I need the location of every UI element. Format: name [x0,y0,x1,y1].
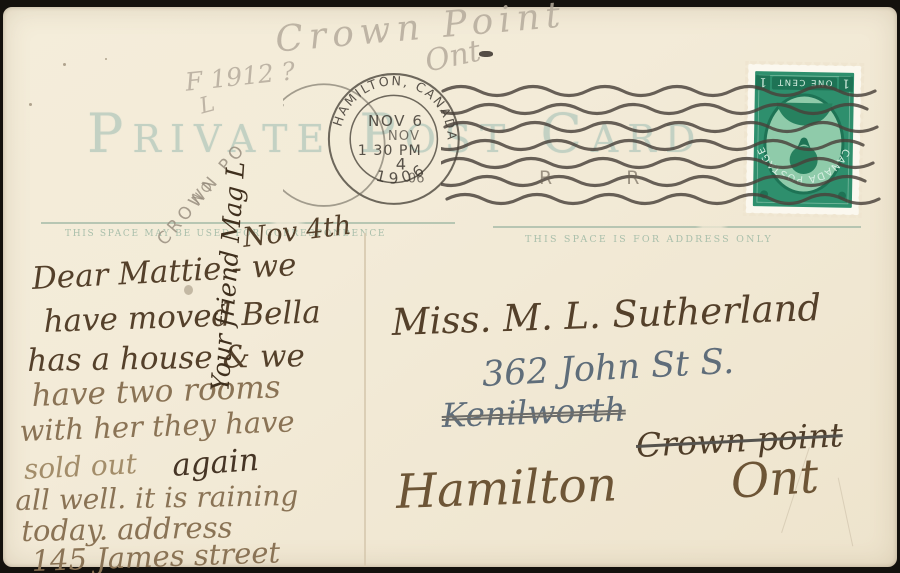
address-name: Miss. M. L. Sutherland [391,286,822,344]
pencil-note-place: Crown Point [274,0,568,61]
message-date: Nov 4th [241,210,353,254]
crease-line [838,478,854,547]
circular-postmark: HAMILTON, CANADA 1906 WINNIPEG NOV 6 NOV… [283,69,461,211]
address-only-label: THIS SPACE IS FOR ADDRESS ONLY [525,234,773,245]
postmark-year-partial: 06 [408,172,425,187]
postmark-date-line1: NOV 6 [368,112,424,130]
header-rule-right [493,226,861,228]
pencil-note-year: F 1912 ? [184,56,297,96]
message-line-1: Dear Mattie - we [31,247,297,297]
address-province: Ont [729,449,820,510]
cancellation-wavy-lines [441,83,883,213]
message-line-2: have moved Bella [43,294,321,340]
postcard: Private Post Card THIS SPACE MAY BE USED… [3,7,897,567]
address-struck-kenilworth: Kenilworth [441,390,626,435]
paper-speck [29,103,32,106]
postmark-time-line: 1 30 PM [358,143,422,159]
message-line-6-dark: again [171,442,260,484]
address-city: Hamilton [395,457,618,520]
paper-speck [105,58,107,60]
postmark-date-line4: 4 [396,154,406,173]
postmark-duplex-city: WINNIPEG [283,95,289,186]
message-line-6-faded: sold out [23,447,138,486]
address-street: 362 John St S. [481,342,735,395]
paper-speck [63,63,66,66]
center-divider-line [364,233,366,567]
cancel-slogan-letters: R R [539,167,673,189]
postmark-date-line2: NOV [388,129,420,144]
